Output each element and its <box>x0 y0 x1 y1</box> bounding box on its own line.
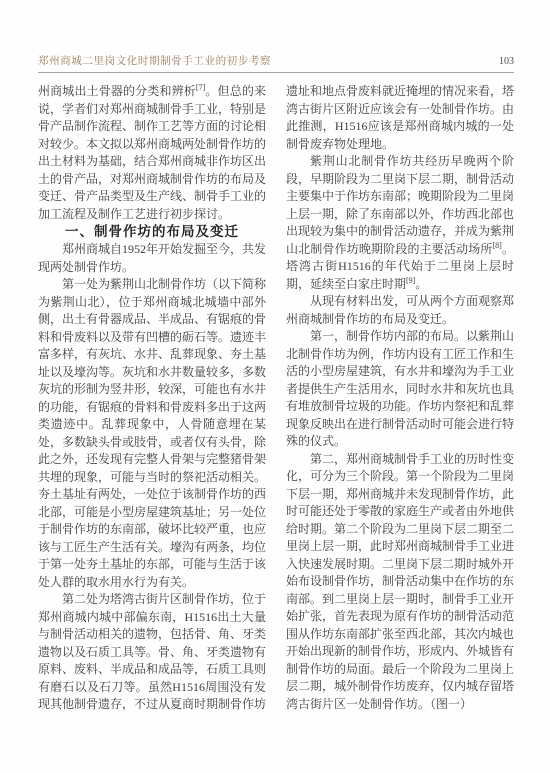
paragraph-continuation: 遗址和地点骨废料就近掩埋的情况来看，塔湾古街片区附近应该会有一处制骨作坊。由此推… <box>286 83 514 153</box>
paragraph-text: 。但总的来说，学者们对郑州商城制骨手工业，特别是骨产品制作流程、制作工艺等方面的… <box>38 84 266 221</box>
paragraph: 从现有材料出发，可从两个方面观察郑州商城制骨作坊的布局及变迁。 <box>286 293 514 328</box>
citation-ref-9: [9] <box>406 276 415 285</box>
page-number: 103 <box>499 56 514 67</box>
paragraph: 郑州商城自1952年开始发掘至今，共发现两处制骨作坊。 <box>38 241 266 276</box>
paragraph: 第一处为紫荆山北制骨作坊（以下简称为紫荆山北），位于郑州商城北城墙中部外侧，出土… <box>38 276 266 591</box>
page-header: 郑州商城二里岗文化时期制骨手工业的初步考察 103 <box>38 53 514 68</box>
header-rule <box>38 72 514 73</box>
left-column: 州商城出土骨器的分类和辨析[7]。但总的来说，学者们对郑州商城制骨手工业，特别是… <box>38 83 266 714</box>
paragraph-text: 。 <box>415 277 427 291</box>
paragraph: 第二处为塔湾古街片区制骨作坊，位于郑州商城内城中部偏东南，H1516出土大量与制… <box>38 591 266 714</box>
paragraph-text: 州商城出土骨器的分类和辨析 <box>38 84 196 98</box>
citation-ref-8: [8] <box>493 241 502 250</box>
text-columns: 州商城出土骨器的分类和辨析[7]。但总的来说，学者们对郑州商城制骨手工业，特别是… <box>38 83 514 714</box>
paragraph: 紫荆山北制骨作坊共经历早晚两个阶段，早期阶段为二里岗下层二期，制骨活动主要集中于… <box>286 153 514 293</box>
citation-ref-7: [7] <box>196 83 205 92</box>
paragraph-continuation: 州商城出土骨器的分类和辨析[7]。但总的来说，学者们对郑州商城制骨手工业，特别是… <box>38 83 266 223</box>
paragraph: 第二，郑州商城制骨手工业的历时性变化，可分为三个阶段。第一个阶段为二里岗下层一期… <box>286 451 514 714</box>
paragraph: 第一，制骨作坊内部的布局。以紫荆山北制骨作坊为例，作坊内设有工匠工作和生活的小型… <box>286 328 514 451</box>
right-column: 遗址和地点骨废料就近掩埋的情况来看，塔湾古街片区附近应该会有一处制骨作坊。由此推… <box>286 83 514 714</box>
paper-page: 郑州商城二里岗文化时期制骨手工业的初步考察 103 州商城出土骨器的分类和辨析[… <box>0 0 550 773</box>
running-title: 郑州商城二里岗文化时期制骨手工业的初步考察 <box>38 53 271 68</box>
section-heading: 一、制骨作坊的布局及变迁 <box>38 223 266 241</box>
paragraph-text: 紫荆山北制骨作坊共经历早晚两个阶段，早期阶段为二里岗下层二期，制骨活动主要集中于… <box>286 154 514 256</box>
